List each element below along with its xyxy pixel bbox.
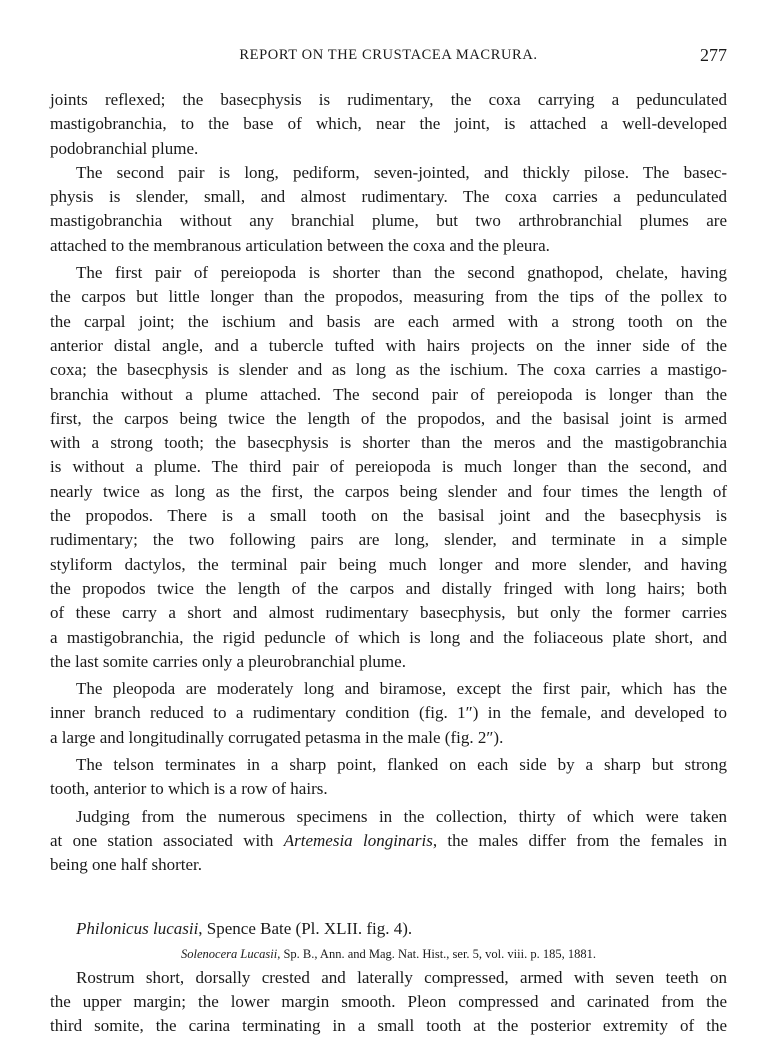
- paragraph-telson: The telson terminates in a sharp point, …: [50, 753, 727, 802]
- paragraph-specimens: Judging from the numerous specimens in t…: [50, 805, 727, 878]
- text-line: first, the carpos being twice the length…: [50, 407, 727, 431]
- text-line: podobranchial plume.: [50, 137, 727, 161]
- text-line: branchia without a plume attached. The s…: [50, 383, 727, 407]
- text-line: a large and longitudinally corrugated pe…: [50, 726, 727, 750]
- text-line: the upper margin; the lower margin smoot…: [50, 990, 727, 1014]
- text-line: third somite, the carina terminating in …: [50, 1014, 727, 1038]
- text-line: the propodos. There is a small tooth on …: [50, 504, 727, 528]
- text-line: The first pair of pereiopoda is shorter …: [50, 261, 727, 285]
- text-line: rudimentary; the two following pairs are…: [50, 528, 727, 552]
- paragraph-pereiopoda: The first pair of pereiopoda is shorter …: [50, 261, 727, 674]
- page-number: 277: [700, 45, 727, 66]
- text-line: mastigobranchia, to the base of which, n…: [50, 112, 727, 136]
- text-line: The second pair is long, pediform, seven…: [50, 161, 727, 185]
- text-line: the carpal joint; the ischium and basis …: [50, 310, 727, 334]
- text-line: a mastigobranchia, the rigid peduncle of…: [50, 626, 727, 650]
- text-line: the propodos twice the length of the car…: [50, 577, 727, 601]
- text-line: the last somite carries only a pleurobra…: [50, 650, 727, 674]
- text-line: styliform dactylos, the terminal pair be…: [50, 553, 727, 577]
- paragraph-continuation: joints reflexed; the basecphysis is rudi…: [50, 88, 727, 161]
- paragraph-description: Rostrum short, dorsally crested and late…: [50, 966, 727, 1039]
- species-heading: Philonicus lucasii, Spence Bate (Pl. XLI…: [50, 916, 727, 942]
- page-header: REPORT ON THE CRUSTACEA MACRURA. 277: [50, 45, 727, 67]
- text-line: Judging from the numerous specimens in t…: [50, 805, 727, 829]
- text-line: at one station associated with Artemesia…: [50, 829, 727, 853]
- text-line: anterior distal angle, and a tubercle tu…: [50, 334, 727, 358]
- text-line: is without a plume. The third pair of pe…: [50, 455, 727, 479]
- synonym-name: Solenocera Lucasii: [181, 947, 277, 961]
- text-line: coxa; the basecphysis is slender and as …: [50, 358, 727, 382]
- text-line: tooth, anterior to which is a row of hai…: [50, 777, 727, 801]
- text-line: with a strong tooth; the basecphysis is …: [50, 431, 727, 455]
- synonymy-citation: Solenocera Lucasii, Sp. B., Ann. and Mag…: [50, 942, 727, 966]
- text-line: Rostrum short, dorsally crested and late…: [50, 966, 727, 990]
- species-heading-name: Philonicus lucasii: [76, 919, 198, 938]
- running-title: REPORT ON THE CRUSTACEA MACRURA.: [50, 47, 727, 64]
- paragraph-second-pair: The second pair is long, pediform, seven…: [50, 161, 727, 258]
- species-name-italic: Artemesia longinaris: [284, 831, 433, 850]
- text-line: The pleopoda are moderately long and bir…: [50, 677, 727, 701]
- text-line: inner branch reduced to a rudimentary co…: [50, 701, 727, 725]
- text-line: physis is slender, small, and almost rud…: [50, 185, 727, 209]
- text-line: nearly twice as long as the first, the c…: [50, 480, 727, 504]
- text-line: being one half shorter.: [50, 853, 727, 877]
- text-line: attached to the membranous articulation …: [50, 234, 727, 258]
- book-page: REPORT ON THE CRUSTACEA MACRURA. 277 joi…: [0, 0, 776, 1050]
- text-line: mastigobranchia without any branchial pl…: [50, 209, 727, 233]
- text-line: the carpos but little longer than the pr…: [50, 285, 727, 309]
- text-line: of these carry a short and almost rudime…: [50, 601, 727, 625]
- text-line: The telson terminates in a sharp point, …: [50, 753, 727, 777]
- text-line: joints reflexed; the basecphysis is rudi…: [50, 88, 727, 112]
- paragraph-pleopoda: The pleopoda are moderately long and bir…: [50, 677, 727, 750]
- page-body: joints reflexed; the basecphysis is rudi…: [50, 88, 727, 1038]
